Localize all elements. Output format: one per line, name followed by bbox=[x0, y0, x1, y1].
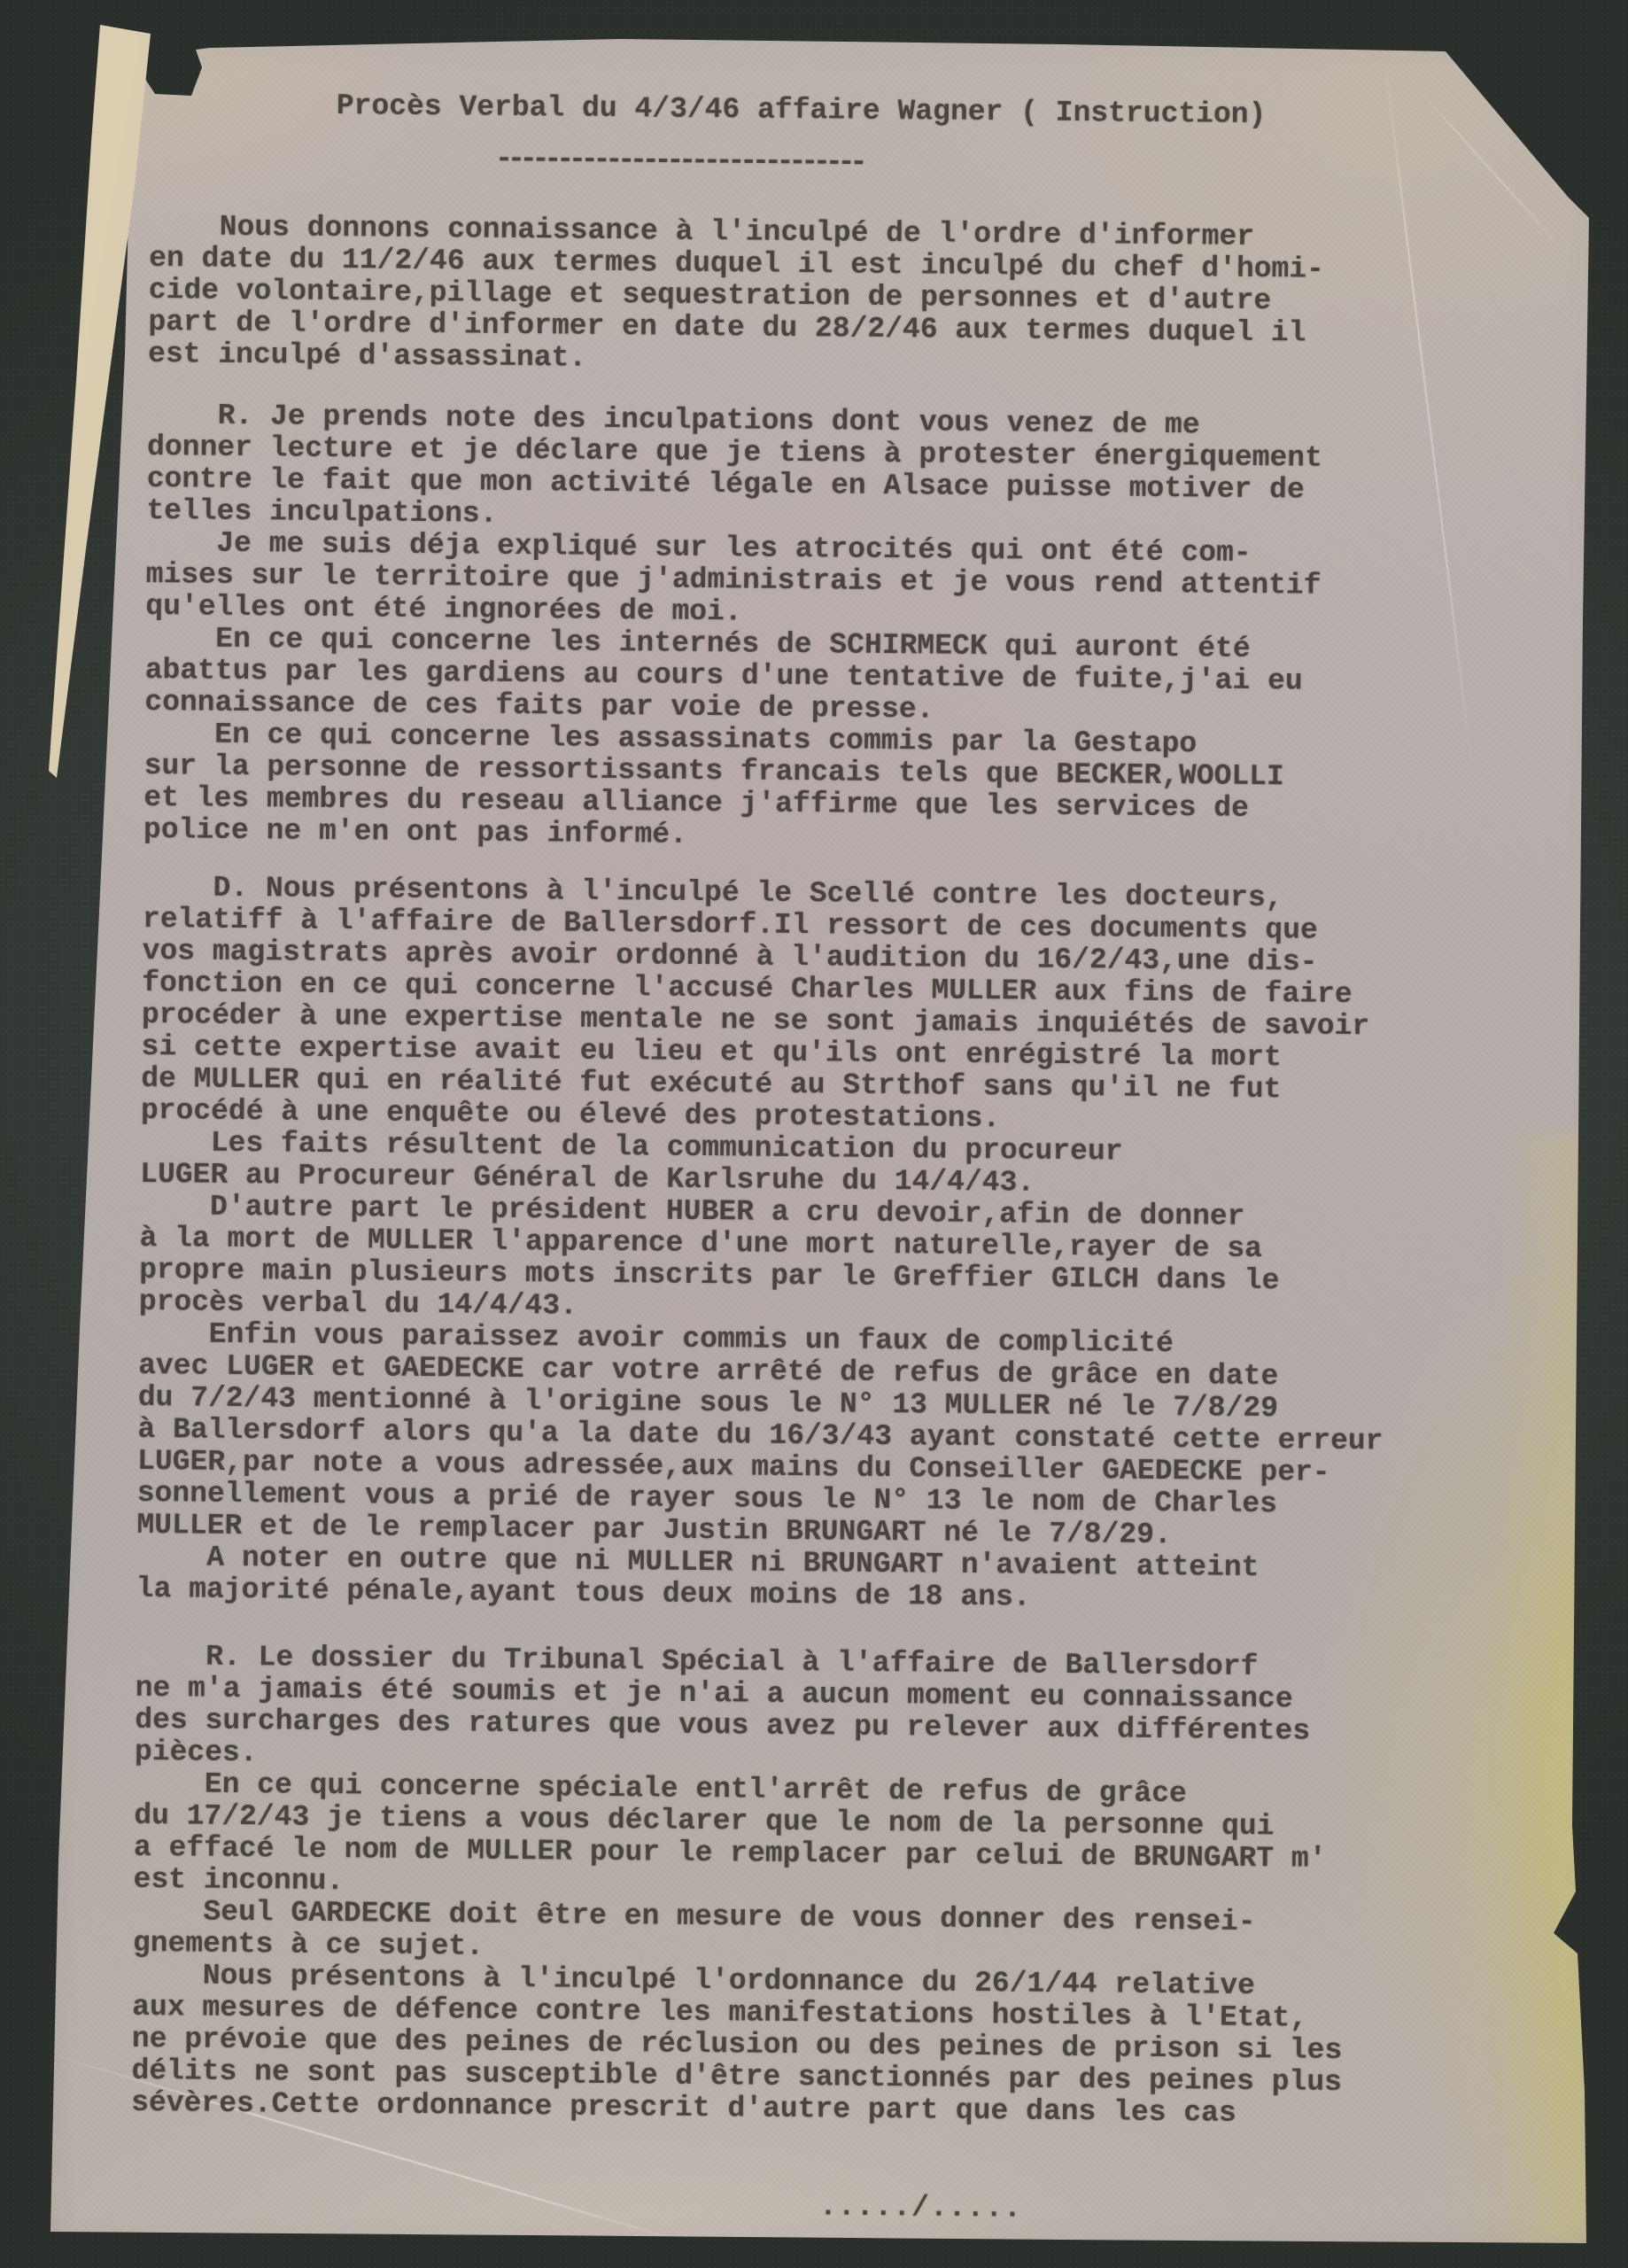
title-underline: ------------------------------ bbox=[495, 151, 1461, 177]
paragraph: Je me suis déja expliqué sur les atrocit… bbox=[145, 527, 1457, 635]
paragraph: R. Le dossier du Tribunal Spécial à l'af… bbox=[135, 1641, 1446, 1781]
document-page: Procès Verbal du 4/3/46 affaire Wagner (… bbox=[0, 0, 1628, 2268]
paragraph: Nous donnons connaissance à l'inculpé de… bbox=[148, 211, 1461, 383]
paragraph: En ce qui concerne spéciale entl'arrêt d… bbox=[133, 1768, 1445, 1908]
paragraph: D'autre part le président HUBER a cru de… bbox=[139, 1191, 1451, 1331]
photo-backdrop: Procès Verbal du 4/3/46 affaire Wagner (… bbox=[0, 0, 1628, 2268]
paragraph: A noter en outre que ni MULLER ni BRUNGA… bbox=[136, 1542, 1448, 1618]
paragraph: Enfin vous paraissez avoir commis un fau… bbox=[136, 1318, 1449, 1554]
paper-stain bbox=[1495, 1134, 1628, 2241]
page-continuation-mark: ...../..... bbox=[819, 2191, 1441, 2229]
page-title: Procès Verbal du 4/3/46 affaire Wagner (… bbox=[337, 90, 1461, 133]
paragraph: En ce qui concerne les assassinats commi… bbox=[143, 718, 1455, 858]
paragraph: En ce qui concerne les internés de SCHIR… bbox=[144, 623, 1456, 731]
paragraph: D. Nous présentons à l'inculpé le Scellé… bbox=[141, 872, 1454, 1139]
paragraph: R. Je prends note des inculpations dont … bbox=[146, 400, 1458, 540]
paragraph: Nous présentons à l'inculpé l'ordonnance… bbox=[131, 1960, 1444, 2132]
document-content: Procès Verbal du 4/3/46 affaire Wagner (… bbox=[130, 89, 1461, 2229]
